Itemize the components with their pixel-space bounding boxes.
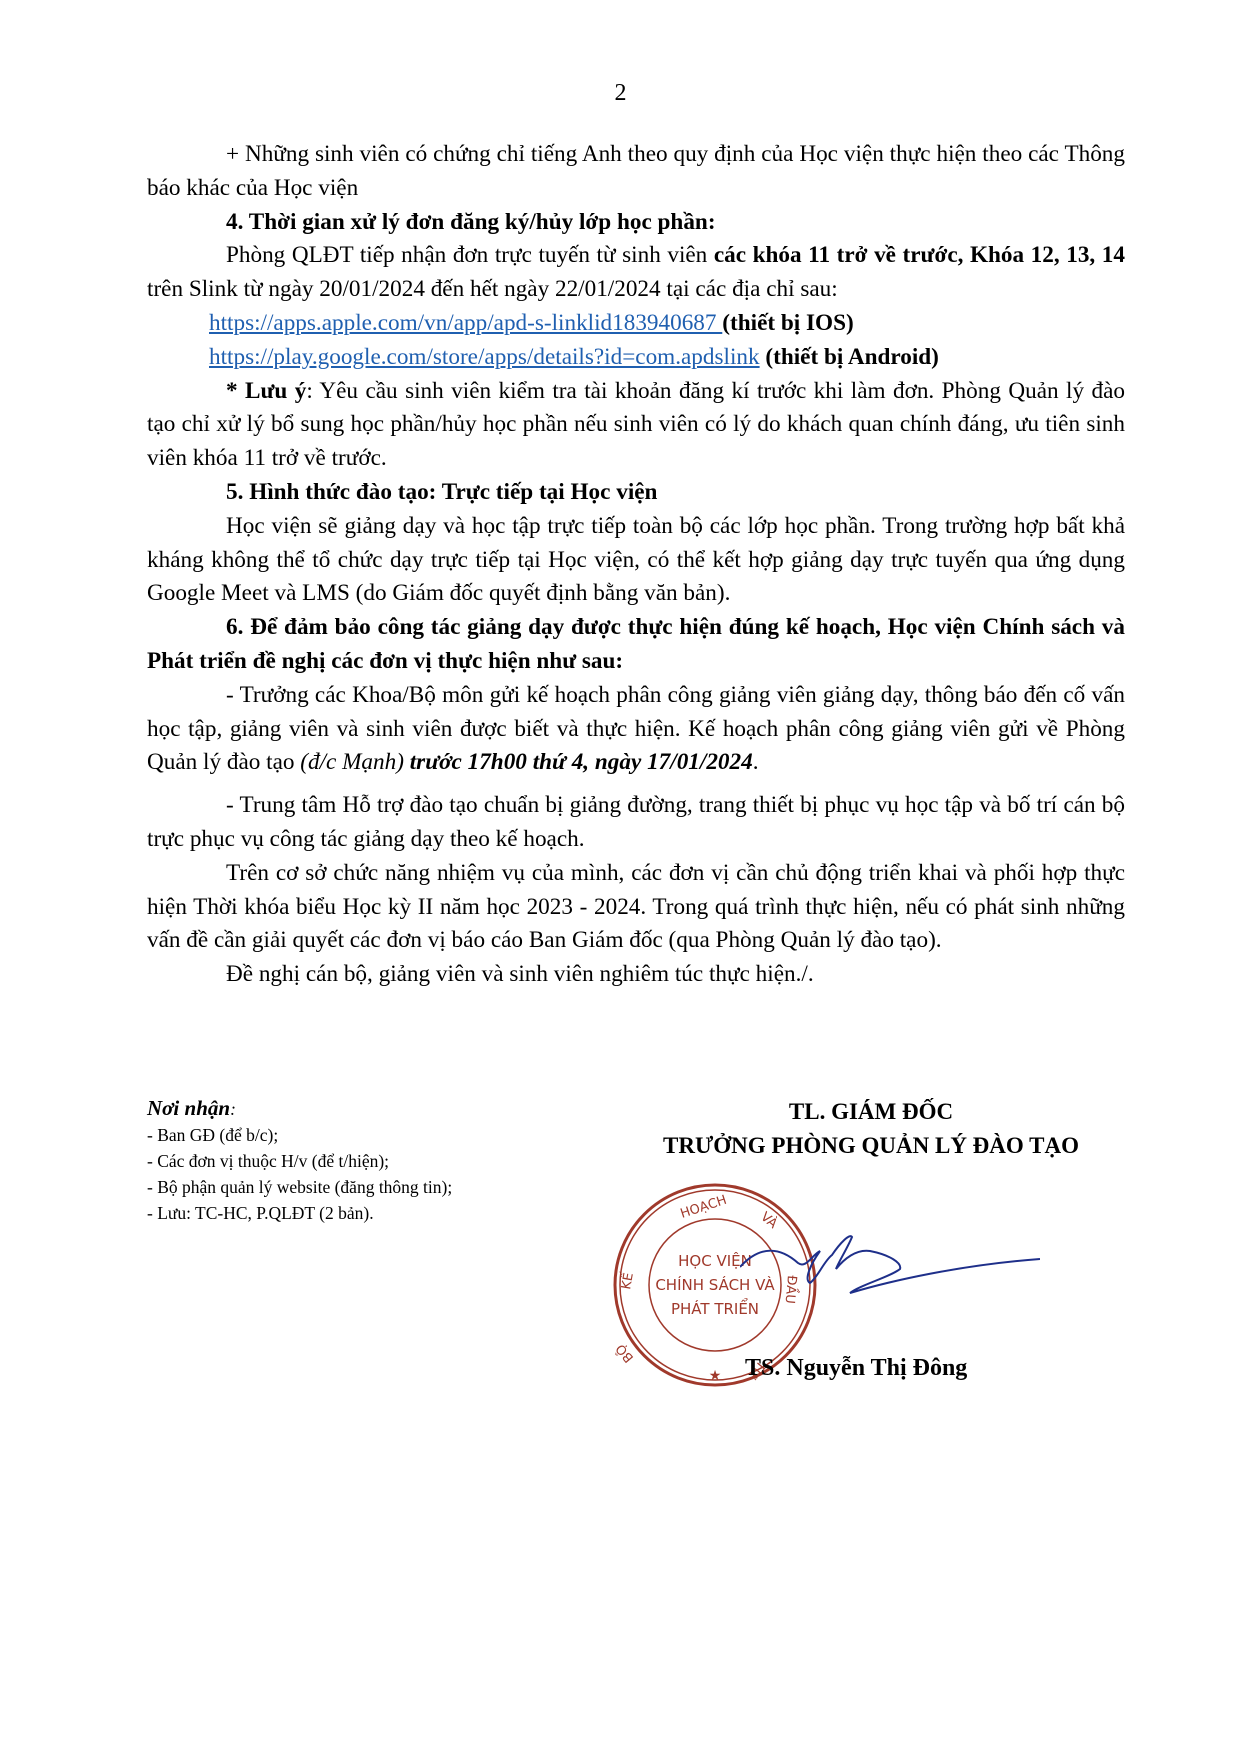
- ios-app-link[interactable]: https://apps.apple.com/vn/app/apd-s-link…: [209, 310, 722, 336]
- svg-text:★: ★: [709, 1368, 722, 1384]
- heading-section-6: 6. Để đảm bảo công tác giảng dạy được th…: [147, 611, 1125, 679]
- recipient-item: - Bộ phận quản lý website (đăng thông ti…: [147, 1174, 567, 1200]
- paragraph-note: * Lưu ý: Yêu cầu sinh viên kiểm tra tài …: [147, 375, 1125, 476]
- italic-span: (đ/c Mạnh): [300, 749, 404, 775]
- ios-note: (thiết bị IOS): [722, 310, 853, 336]
- recipients-title: Nơi nhận:: [147, 1095, 567, 1122]
- signer-name: TS. Nguyễn Thị Đông: [745, 1355, 967, 1382]
- signature-block: TL. GIÁM ĐỐC TRƯỞNG PHÒNG QUẢN LÝ ĐÀO TẠ…: [617, 1095, 1125, 1163]
- link-line-android: https://play.google.com/store/apps/detai…: [147, 341, 1125, 375]
- document-body: + Những sinh viên có chứng chỉ tiếng Anh…: [147, 138, 1125, 992]
- android-note: (thiết bị Android): [760, 344, 939, 370]
- text-span: trên Slink từ ngày 20/01/2024 đến hết ng…: [147, 276, 838, 302]
- heading-section-5: 5. Hình thức đào tạo: Trực tiếp tại Học …: [147, 476, 1125, 510]
- recipient-item: - Các đơn vị thuộc H/v (để t/hiện);: [147, 1148, 567, 1174]
- signature-title-1: TL. GIÁM ĐỐC: [617, 1095, 1125, 1129]
- note-label: * Lưu ý: [226, 378, 306, 404]
- android-app-link[interactable]: https://play.google.com/store/apps/detai…: [209, 344, 760, 370]
- text-span: Phòng QLĐT tiếp nhận đơn trực tuyến từ s…: [226, 242, 714, 268]
- paragraph-training-form: Học viện sẽ giảng dạy và học tập trực ti…: [147, 510, 1125, 611]
- recipient-item: - Lưu: TC-HC, P.QLĐT (2 bản).: [147, 1200, 567, 1226]
- paragraph-registration-period: Phòng QLĐT tiếp nhận đơn trực tuyến từ s…: [147, 239, 1125, 307]
- paragraph-faculty-task: - Trưởng các Khoa/Bộ môn gửi kế hoạch ph…: [147, 679, 1125, 780]
- svg-text:HOẠCH: HOẠCH: [679, 1193, 729, 1222]
- heading-section-4: 4. Thời gian xử lý đơn đăng ký/hủy lớp h…: [147, 206, 1125, 240]
- signature-title-2: TRƯỞNG PHÒNG QUẢN LÝ ĐÀO TẠO: [617, 1129, 1125, 1163]
- bold-span: các khóa 11 trở về trước, Khóa 12, 13, 1…: [714, 242, 1125, 268]
- paragraph-english-cert: + Những sinh viên có chứng chỉ tiếng Anh…: [147, 138, 1125, 206]
- recipients-block: Nơi nhận: - Ban GĐ (để b/c); - Các đơn v…: [147, 1095, 567, 1226]
- paragraph-closing: Đề nghị cán bộ, giảng viên và sinh viên …: [147, 958, 1125, 992]
- signature-icon: [740, 1225, 1040, 1315]
- link-line-ios: https://apps.apple.com/vn/app/apd-s-link…: [147, 307, 1125, 341]
- deadline-span: trước 17h00 thứ 4, ngày 17/01/2024: [404, 749, 753, 775]
- text-span: .: [753, 749, 759, 775]
- page-number: 2: [0, 80, 1241, 107]
- recipient-item: - Ban GĐ (để b/c);: [147, 1122, 567, 1148]
- paragraph-coordination: Trên cơ sở chức năng nhiệm vụ của mình, …: [147, 857, 1125, 958]
- paragraph-support-center-task: - Trung tâm Hỗ trợ đào tạo chuẩn bị giản…: [147, 789, 1125, 857]
